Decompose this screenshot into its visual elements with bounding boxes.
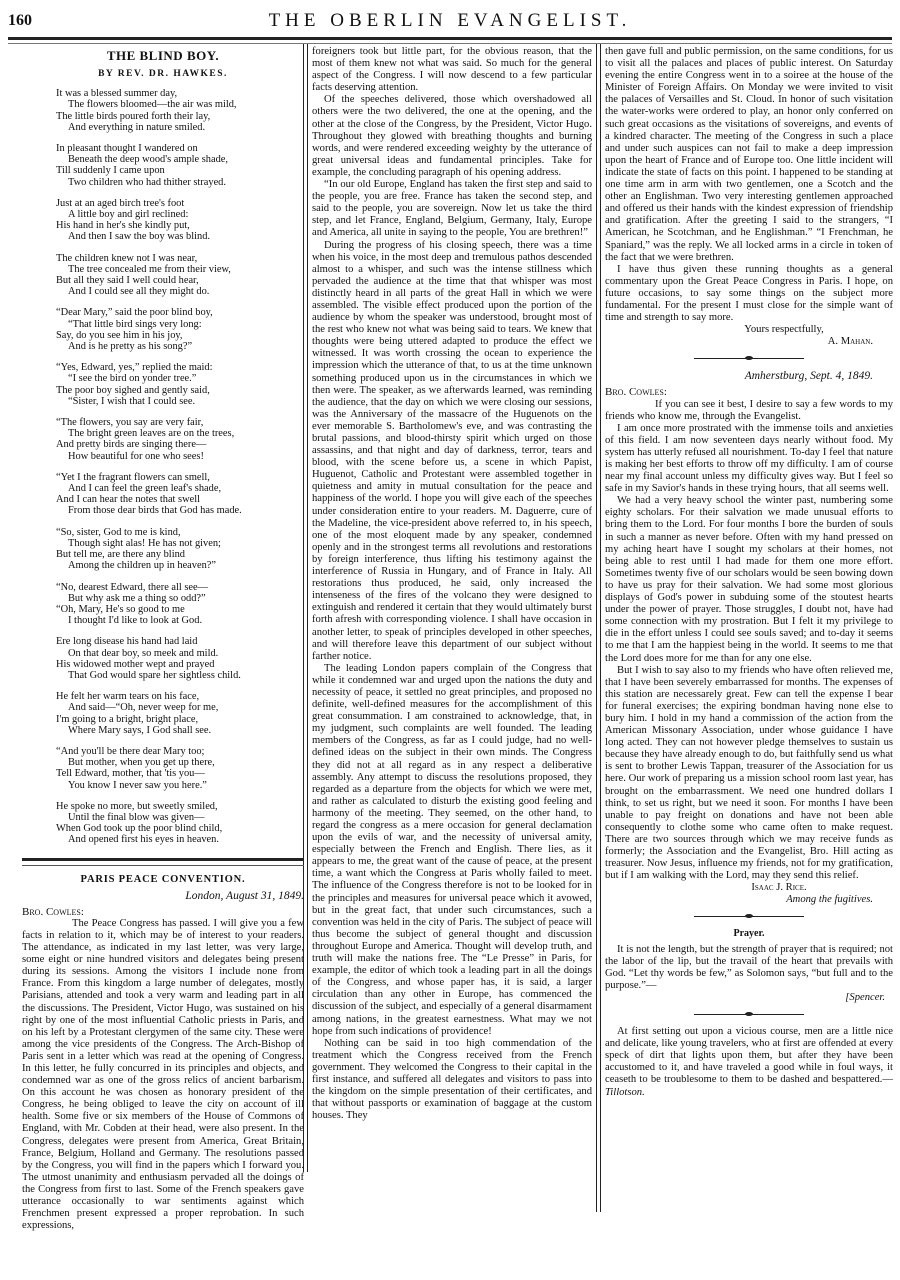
letter-closing: Yours respectfully, [605, 324, 893, 336]
poem-stanza: The children knew not I was near,The tre… [56, 253, 304, 298]
poem-stanza: “No, dearest Edward, there all see—But w… [56, 582, 304, 627]
poem-line: And then I saw the boy was blind. [56, 231, 304, 242]
poem-title: THE BLIND BOY. [22, 50, 304, 62]
poem-line: You know I never saw you here.” [56, 780, 304, 791]
article-paragraph: The leading London papers complain of th… [312, 663, 592, 1038]
poem-line: Two children who had thither strayed. [56, 177, 304, 188]
poem-stanza: “Dear Mary,” said the poor blind boy,“Th… [56, 307, 304, 352]
poem-line: I'm going to a bright, bright place, [56, 714, 304, 725]
column-1: THE BLIND BOY. BY REV. DR. HAWKES. It wa… [22, 46, 304, 1232]
poem-stanza: “Yes, Edward, yes,” replied the maid:“I … [56, 362, 304, 407]
article-paragraph: During the progress of his closing speec… [312, 240, 592, 663]
poem-line: “So, sister, God to me is kind, [56, 527, 304, 538]
poem-line: On that dear boy, so meek and mild. [56, 648, 304, 659]
column-rule [596, 44, 601, 1212]
poem-line: But mother, when you get up there, [56, 757, 304, 768]
article-paragraph: I have thus given these running thoughts… [605, 264, 893, 324]
poem-line: Till suddenly I came upon [56, 165, 304, 176]
poem-line: “Yet I the fragrant flowers can smell, [56, 472, 304, 483]
section-divider [22, 858, 304, 866]
poem-line: And I can feel the green leaf's shade, [56, 483, 304, 494]
poem-line: “Oh, Mary, He's so good to me [56, 604, 304, 615]
tillotson-body: At first setting out upon a vicious cour… [605, 1026, 893, 1085]
poem-line: “Sister, I wish that I could see. [56, 396, 304, 407]
masthead-rule [8, 37, 892, 44]
tillotson-text: At first setting out upon a vicious cour… [605, 1026, 893, 1099]
poem-line: But all they said I well could hear, [56, 275, 304, 286]
poem-line: I thought I'd like to look at God. [56, 615, 304, 626]
letter-signature-note: Among the fugitives. [605, 894, 893, 906]
column-3: then gave full and public permission, on… [605, 46, 893, 1099]
article-paragraph: then gave full and public permission, on… [605, 46, 893, 264]
poem-line: The flowers bloomed—the air was mild, [56, 99, 304, 110]
poem-line: Tell Edward, mother, that 'tis you— [56, 768, 304, 779]
poem-line: “That little bird sings very long: [56, 319, 304, 330]
poem-stanza: In pleasant thought I wandered onBeneath… [56, 143, 304, 188]
poem-stanza: “Yet I the fragrant flowers can smell,An… [56, 472, 304, 517]
letter-paragraph: We had a very heavy school the winter pa… [605, 495, 893, 664]
poem-line: The tree concealed me from their view, [56, 264, 304, 275]
letter-signature: A. Mahan. [605, 336, 893, 348]
poem-stanza: “So, sister, God to me is kind,Though si… [56, 527, 304, 572]
poem-line: “I see the bird on yonder tree.” [56, 373, 304, 384]
poem-line: And I can hear the notes that swell [56, 494, 304, 505]
poem-stanza: He felt her warm tears on his face,And s… [56, 691, 304, 736]
article-paragraph: Of the speeches delivered, those which o… [312, 94, 592, 179]
letter-salutation: Bro. Cowles: [605, 386, 893, 398]
article-salutation: Bro. Cowles: [22, 906, 304, 918]
ornament-divider [605, 910, 893, 924]
letter-paragraph: I am once more prostrated with the immen… [605, 423, 893, 496]
poem-line: And said—“Oh, never weep for me, [56, 702, 304, 713]
article-paragraph: The Peace Congress has passed. I will gi… [22, 918, 304, 1232]
poem-line: But tell me, are there any blind [56, 549, 304, 560]
poem-stanza: “The flowers, you say are very fair,The … [56, 417, 304, 462]
poem-line: A little boy and girl reclined: [56, 209, 304, 220]
poem-line: Beneath the deep wood's ample shade, [56, 154, 304, 165]
poem-line: He felt her warm tears on his face, [56, 691, 304, 702]
newspaper-page: 160 THE OBERLIN EVANGELIST. THE BLIND BO… [0, 0, 900, 1280]
poem-line: And is he pretty as his song?” [56, 341, 304, 352]
column-2: foreigners took but little part, for the… [312, 46, 592, 1122]
poem-stanza: It was a blessed summer day,The flowers … [56, 88, 304, 133]
poem-line: And opened first his eyes in heaven. [56, 834, 304, 845]
poem-line: That God would spare her sightless child… [56, 670, 304, 681]
poem-line: “Dear Mary,” said the poor blind boy, [56, 307, 304, 318]
poem-line: And everything in nature smiled. [56, 122, 304, 133]
prayer-text: It is not the length, but the strength o… [605, 944, 893, 992]
poem-line: The bright green leaves are on the trees… [56, 428, 304, 439]
poem-line: His widowed mother wept and prayed [56, 659, 304, 670]
letter-paragraph: But I wish to say also to my friends who… [605, 665, 893, 883]
poem-line: Where Mary says, I God shall see. [56, 725, 304, 736]
poem-line: Ere long disease his hand had laid [56, 636, 304, 647]
poem-line: From those dear birds that God has made. [56, 505, 304, 516]
poem-line: Though sight alas! He has not given; [56, 538, 304, 549]
poem-stanza: He spoke no more, but sweetly smiled,Unt… [56, 801, 304, 846]
poem-line: The little birds poured forth their lay, [56, 111, 304, 122]
prayer-attribution: [Spencer. [605, 992, 893, 1004]
poem-line: Among the children up in heaven?” [56, 560, 304, 571]
poem-line: How beautiful for one who sees! [56, 451, 304, 462]
ornament-divider [605, 1008, 893, 1022]
letter-paragraph: If you can see it best, I desire to say … [605, 399, 893, 423]
poem-line: But why ask me a thing so odd?” [56, 593, 304, 604]
letter-dateline: Amherstburg, Sept. 4, 1849. [605, 370, 893, 382]
poem-line: “Yes, Edward, yes,” replied the maid: [56, 362, 304, 373]
poem-line: Until the final blow was given— [56, 812, 304, 823]
poem-line: The children knew not I was near, [56, 253, 304, 264]
poem-line: When God took up the poor blind child, [56, 823, 304, 834]
ornament-divider [605, 352, 893, 366]
poem-line: He spoke no more, but sweetly smiled, [56, 801, 304, 812]
poem-line: In pleasant thought I wandered on [56, 143, 304, 154]
article-quote: “In our old Europe, England has taken th… [312, 179, 592, 239]
letter-signature: Isaac J. Rice. [605, 882, 893, 894]
poem-line: The poor boy sighed and gently said, [56, 385, 304, 396]
poem-line: Just at an aged birch tree's foot [56, 198, 304, 209]
article-paragraph: foreigners took but little part, for the… [312, 46, 592, 94]
poem-line: It was a blessed summer day, [56, 88, 304, 99]
poem-byline: BY REV. DR. HAWKES. [22, 68, 304, 80]
tillotson-attribution: Tillotson. [605, 1087, 645, 1098]
article-title: PARIS PEACE CONVENTION. [22, 874, 304, 886]
poem-line: And pretty birds are singing there— [56, 439, 304, 450]
article-dateline: London, August 31, 1849. [22, 890, 304, 902]
prayer-title: Prayer. [605, 928, 893, 940]
poem-line: “The flowers, you say are very fair, [56, 417, 304, 428]
poem-line: Say, do you see him in his joy, [56, 330, 304, 341]
poem-line: His hand in her's she kindly put, [56, 220, 304, 231]
poem-line: And I could see all they might do. [56, 286, 304, 297]
poem-stanza: Just at an aged birch tree's footA littl… [56, 198, 304, 243]
poem-stanza: “And you'll be there dear Mary too;But m… [56, 746, 304, 791]
masthead: 160 THE OBERLIN EVANGELIST. [0, 8, 900, 32]
article-paragraph: Nothing can be said in too high commenda… [312, 1038, 592, 1123]
newspaper-title: THE OBERLIN EVANGELIST. [0, 10, 900, 32]
poem-body: It was a blessed summer day,The flowers … [22, 88, 304, 845]
poem-line: “No, dearest Edward, there all see— [56, 582, 304, 593]
poem-stanza: Ere long disease his hand had laidOn tha… [56, 636, 304, 681]
poem-line: “And you'll be there dear Mary too; [56, 746, 304, 757]
